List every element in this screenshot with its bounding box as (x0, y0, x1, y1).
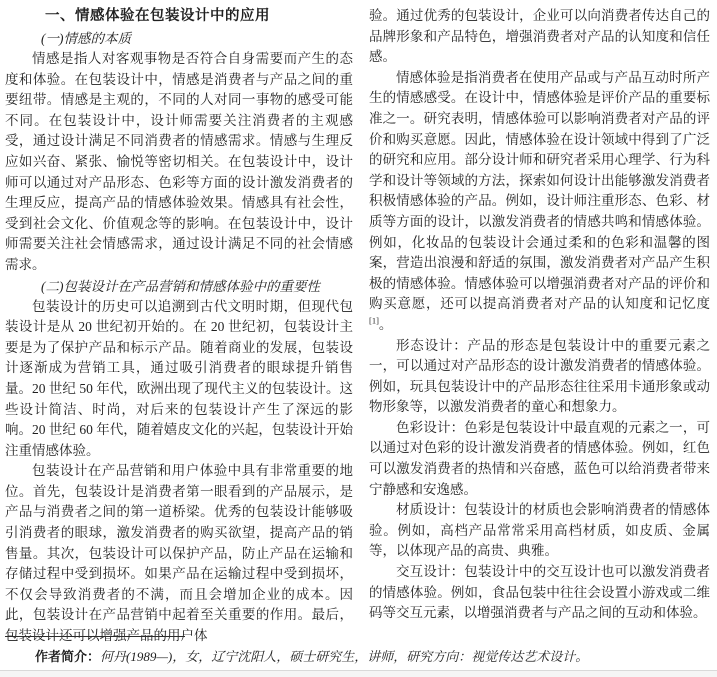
paragraph-continuation: 验。通过优秀的包装设计，企业可以向消费者传达自己的品牌形象和产品特色，增强消费者… (369, 6, 710, 68)
page-edge (0, 670, 717, 677)
citation-reference: [1] (369, 315, 379, 325)
author-bio-text: 何丹(1989—)，女，辽宁沈阳人，硕士研究生，讲师，研究方向：视觉传达艺术设计… (100, 649, 588, 664)
journal-page: 一、情感体验在包装设计中的应用 (一)情感的本质 情感是指人对客观事物是否符合自… (0, 0, 717, 677)
paragraph: 包装设计的历史可以追溯到古代文明时期，但现代包装设计是从 20 世纪初开始的。在… (5, 297, 353, 462)
right-column: 验。通过优秀的包装设计，企业可以向消费者传达自己的品牌形象和产品特色，增强消费者… (369, 6, 710, 647)
paragraph: 包装设计在产品营销和用户体验中具有非常重要的地位。首先，包装设计是消费者第一眼看… (5, 461, 353, 646)
article-body: 一、情感体验在包装设计中的应用 (一)情感的本质 情感是指人对客观事物是否符合自… (5, 5, 710, 647)
subheading-packaging-importance: (二)包装设计在产品营销和情感体验中的重要性 (5, 276, 353, 297)
paragraph-text: 情感体验是指消费者在使用产品或与产品互动时所产生的情感感受。在设计中，情感体验是… (369, 70, 710, 312)
paragraph-interaction-design: 交互设计：包装设计中的交互设计也可以激发消费者的情感体验。例如，食品包装中往往会… (369, 562, 710, 624)
paragraph: 情感是指人对客观事物是否符合自身需要而产生的态度和体验。在包装设计中，情感是消费… (5, 49, 353, 276)
footnote-divider (5, 636, 185, 637)
paragraph-text: 。 (379, 317, 393, 332)
subheading-emotion-essence: (一)情感的本质 (5, 28, 353, 49)
author-bio: 作者简介：何丹(1989—)，女，辽宁沈阳人，硕士研究生，讲师，研究方向：视觉传… (5, 647, 711, 666)
author-bio-label: 作者简介 (35, 649, 87, 664)
paragraph-color-design: 色彩设计：色彩是包装设计中最直观的元素之一，可以通过对色彩的设计激发消费者的情感… (369, 418, 710, 500)
paragraph-form-design: 形态设计：产品的形态是包装设计中的重要元素之一，可以通过对产品形态的设计激发消费… (369, 336, 710, 418)
paragraph-material-design: 材质设计：包装设计的材质也会影响消费者的情感体验。例如，高档产品常常采用高档材质… (369, 500, 710, 562)
section-title: 一、情感体验在包装设计中的应用 (5, 5, 353, 27)
paragraph: 情感体验是指消费者在使用产品或与产品互动时所产生的情感感受。在设计中，情感体验是… (369, 68, 710, 336)
author-bio-colon: ： (87, 649, 100, 664)
left-column: 一、情感体验在包装设计中的应用 (一)情感的本质 情感是指人对客观事物是否符合自… (5, 5, 353, 647)
